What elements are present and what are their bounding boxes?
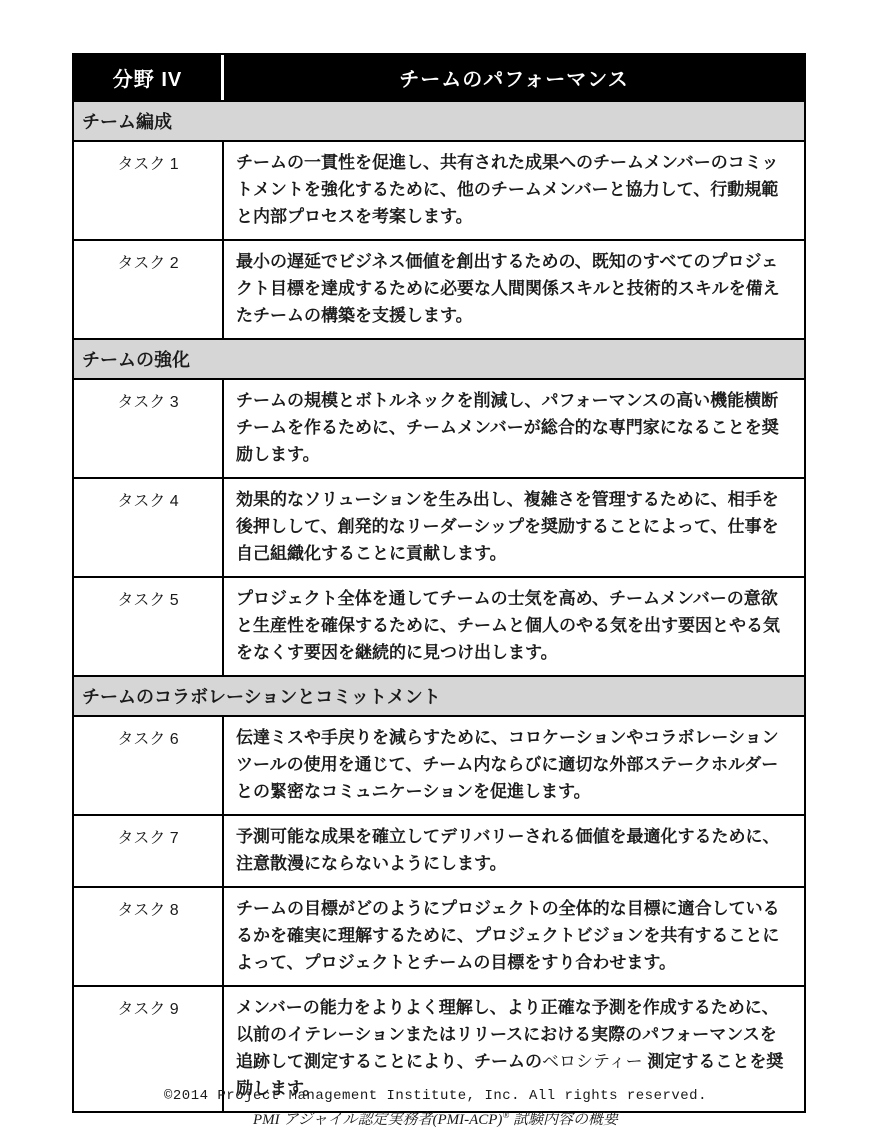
task-description: 効果的なソリューションを生み出し、複雑さを管理するために、相手を後押しして、創発…	[224, 479, 804, 576]
task-description: チームの一貫性を促進し、共有された成果へのチームメンバーのコミットメントを強化す…	[224, 142, 804, 239]
copyright-line: ©2014 Project Management Institute, Inc.…	[0, 1088, 871, 1104]
task-description: 最小の遅延でビジネス価値を創出するための、既知のすべてのプロジェクト目標を達成す…	[224, 241, 804, 338]
task-label: タスク 8	[74, 888, 224, 985]
task-row: タスク 4 効果的なソリューションを生み出し、複雑さを管理するために、相手を後押…	[74, 477, 804, 576]
task-row: タスク 8 チームの目標がどのようにプロジェクトの全体的な目標に適合しているるか…	[74, 886, 804, 985]
task-row: タスク 5 プロジェクト全体を通してチームの士気を高め、チームメンバーの意欲と生…	[74, 576, 804, 675]
domain-title: チームのパフォーマンス	[224, 55, 804, 100]
task-description: チームの規模とボトルネックを削減し、パフォーマンスの高い機能横断チームを作るため…	[224, 380, 804, 477]
task-row: タスク 2 最小の遅延でビジネス価値を創出するための、既知のすべてのプロジェクト…	[74, 239, 804, 338]
page-footer: ©2014 Project Management Institute, Inc.…	[0, 1088, 871, 1129]
task-row: タスク 1 チームの一貫性を促進し、共有された成果へのチームメンバーのコミットメ…	[74, 140, 804, 239]
task-label: タスク 2	[74, 241, 224, 338]
task-label: タスク 3	[74, 380, 224, 477]
document-title-line: PMI アジャイル認定実務者(PMI-ACP)® 試験内容の概要	[0, 1108, 871, 1129]
task-label: タスク 1	[74, 142, 224, 239]
document-subtitle: 試験内容の概要	[509, 1112, 618, 1128]
section-row-team-formation: チーム編成	[74, 100, 804, 140]
task-description: 予測可能な成果を確立してデリバリーされる価値を最適化するために、注意散漫にならな…	[224, 816, 804, 886]
task-label: タスク 5	[74, 578, 224, 675]
section-row-team-empowerment: チームの強化	[74, 338, 804, 378]
document-title: PMI アジャイル認定実務者(PMI-ACP)	[253, 1112, 502, 1128]
task-label: タスク 6	[74, 717, 224, 814]
section-row-team-collaboration: チームのコラボレーションとコミットメント	[74, 675, 804, 715]
task-description: チームの目標がどのようにプロジェクトの全体的な目標に適合しているるかを確実に理解…	[224, 888, 804, 985]
task-row: タスク 7 予測可能な成果を確立してデリバリーされる価値を最適化するために、注意…	[74, 814, 804, 886]
task-description: プロジェクト全体を通してチームの士気を高め、チームメンバーの意欲と生産性を確保す…	[224, 578, 804, 675]
task-row: タスク 6 伝達ミスや手戻りを減らすために、コロケーションやコラボレーションツー…	[74, 715, 804, 814]
table-header-row: 分野 IV チームのパフォーマンス	[74, 55, 804, 100]
task-row: タスク 3 チームの規模とボトルネックを削減し、パフォーマンスの高い機能横断チー…	[74, 378, 804, 477]
task-description-velocity-term: ベロシティー	[542, 1052, 647, 1071]
task-label: タスク 7	[74, 816, 224, 886]
exam-content-table: 分野 IV チームのパフォーマンス チーム編成 タスク 1 チームの一貫性を促進…	[72, 53, 806, 1113]
task-label: タスク 4	[74, 479, 224, 576]
domain-label: 分野 IV	[74, 55, 224, 100]
task-description: 伝達ミスや手戻りを減らすために、コロケーションやコラボレーションツールの使用を通…	[224, 717, 804, 814]
